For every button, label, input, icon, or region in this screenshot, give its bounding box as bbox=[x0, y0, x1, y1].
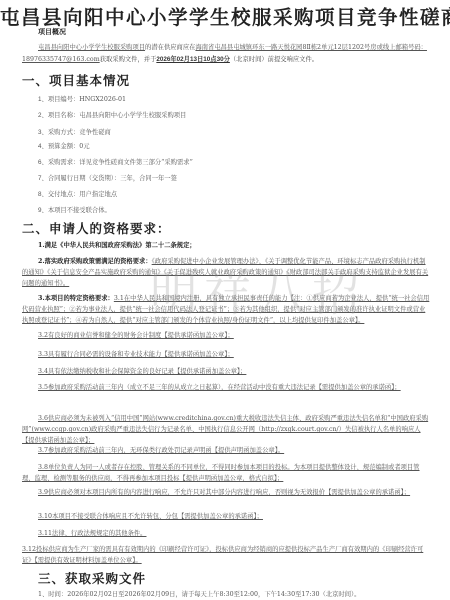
section2-heading: 二、申请人的资格要求： bbox=[22, 219, 171, 237]
requirement-3-4: 3.4具有依法缴纳税收和社会保障资金的良好记录【提供承诺函加盖公章】； bbox=[22, 366, 430, 377]
intro-text: 获取采购文件，并于 bbox=[100, 56, 157, 63]
list-item: 7、合同履行日期（交货期）：三年，合同一年一签 bbox=[38, 173, 177, 182]
section1-heading: 一、项目基本情况 bbox=[22, 71, 130, 89]
list-item: 3、采购方式：竞争性磋商 bbox=[38, 127, 111, 136]
requirement-3-5: 3.5参加政府采购活动前三年内（成立不足三年的从成立之日起算），在经营活动中没有… bbox=[22, 382, 430, 393]
requirement-3-10: 3.10本项目不接受联合体响应且不允许转包、分包【需提供加盖公章的承诺函】； bbox=[22, 511, 430, 522]
list-item: 8、交付地点：用户指定地点 bbox=[38, 189, 117, 198]
deadline-text: 2026年02月13日10点30分 bbox=[156, 56, 230, 63]
requirement-3-6: 3.6供应商必须为未被列入“信用中国”网站(www.creditchina.go… bbox=[22, 413, 430, 446]
requirement-2: 2.落实政府采购政策需满足的资格要求：《政府采购促进中小企业发展管理办法》、《关… bbox=[22, 256, 430, 289]
overview-label: 项目概况 bbox=[38, 27, 66, 37]
list-item: 4、预算金额：0元 bbox=[38, 141, 90, 150]
page-title: 屯昌县向阳中心小学学生校服采购项目竞争性磋商公告 bbox=[0, 2, 450, 30]
project-name-link: 屯昌县向阳中心小学学生校服采购项目 bbox=[38, 44, 145, 51]
intro-paragraph: 屯昌县向阳中心小学学生校服采购项目的潜在供应商应在海南省屯昌县屯城镇环东一路天悦… bbox=[22, 42, 430, 66]
document-page: 屯昌县向阳中心小学学生校服采购项目竞争性磋商公告 项目概况 屯昌县向阳中心小学学… bbox=[0, 0, 450, 600]
requirement-3-11: 3.11法律、行政法规规定的其他条件。 bbox=[22, 528, 430, 539]
list-item: 9、本项目不接受联合体。 bbox=[38, 205, 111, 214]
list-item: 1、项目编号：HNGX2026-01 bbox=[38, 94, 126, 103]
requirement-3-12: 3.12投标供应商为生产厂家的需具有有效期内的《印刷经营许可证》，投标供应商为经… bbox=[22, 544, 430, 566]
list-item: 1、时间：2026年02月02日至2026年02月09日，请于每天上午8:30至… bbox=[38, 589, 360, 598]
requirement-3-7: 3.7参加政府采购活动前三年内，无环保类行政处罚记录声明函【提供声明函加盖公章】… bbox=[22, 445, 430, 456]
list-item: 2、项目名称：屯昌县向阳中心小学学生校服采购项目 bbox=[38, 110, 186, 119]
requirement-3-8: 3.8单位负责人为同一人或者存在控股、管理关系的不同单位，不得同时参加本项目的投… bbox=[22, 462, 430, 484]
requirement-1: 1.满足《中华人民共和国政府采购法》第二十二条规定； bbox=[22, 240, 430, 251]
requirement-3-1: 3.本项目的特定资格要求：3.1在中华人民共和国境内注册，具有独立承担民事责任的… bbox=[22, 293, 430, 326]
section3-heading: 三、获取采购文件 bbox=[38, 569, 146, 587]
requirement-3-3: 3.3具有履行合同必需的设备和专业技术能力【提供承诺函加盖公章】； bbox=[22, 349, 430, 360]
requirement-3-2: 3.2有良好的商业信誉和健全的财务会计制度【提供承诺函加盖公章】； bbox=[22, 330, 430, 341]
intro-text: 的潜在供应商应在 bbox=[145, 44, 195, 51]
intro-text: （北京时间）前提交响应文件。 bbox=[230, 56, 318, 63]
list-item: 6、采购需求：详见竞争性磋商文件第三部分“采购需求” bbox=[38, 157, 193, 166]
requirement-3-9: 3.9供应商必须对本项目内所有的内容进行响应，不允许只对其中部分内容进行响应，否… bbox=[22, 487, 430, 498]
